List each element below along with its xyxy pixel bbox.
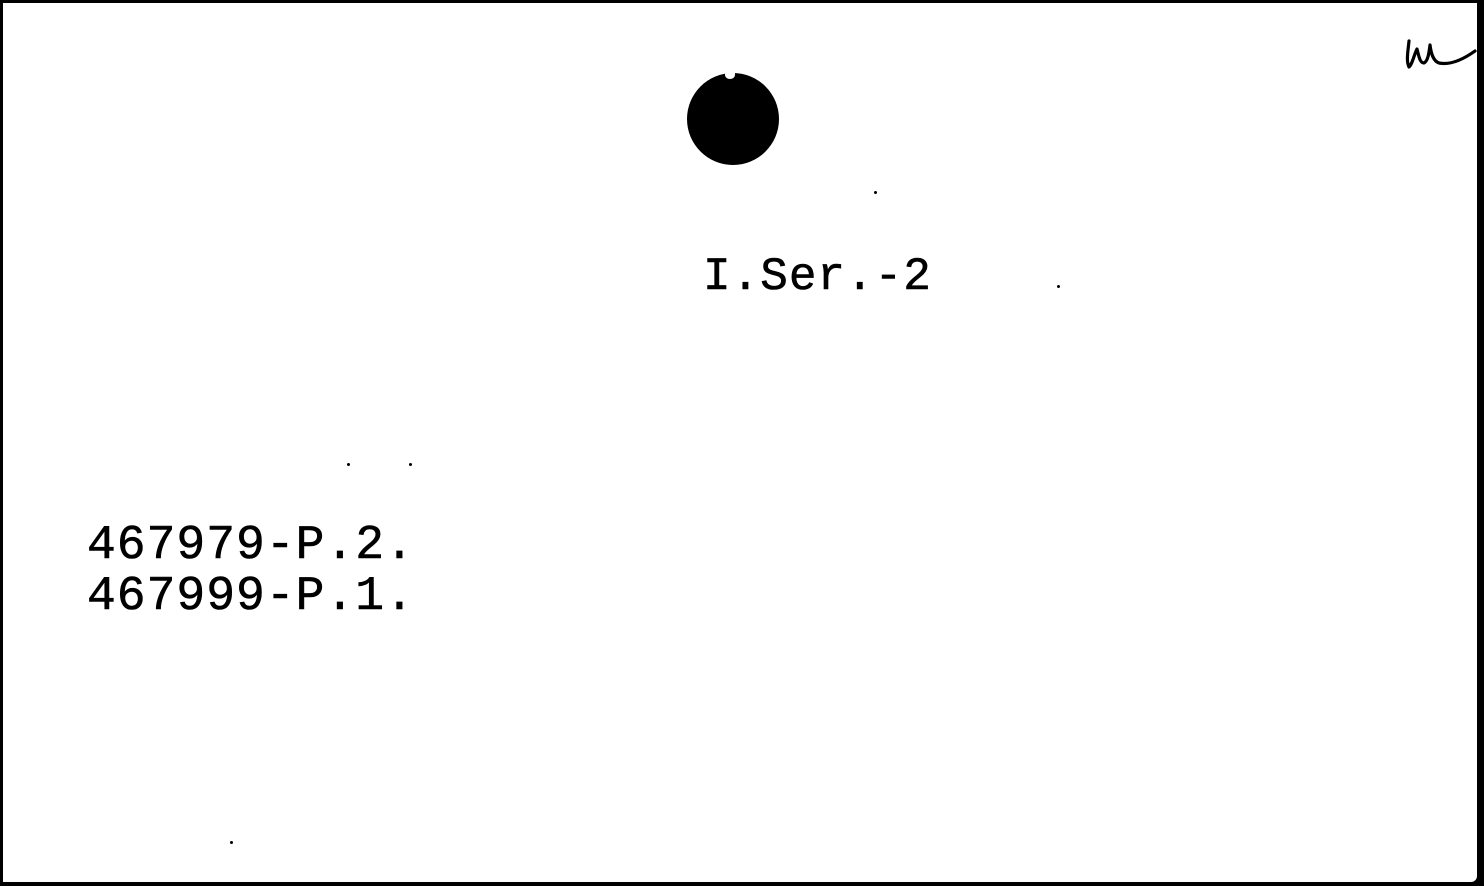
- punch-hole-icon: [687, 73, 779, 165]
- accession-number: 467999-P.1.: [87, 572, 415, 623]
- ink-speck: [1057, 285, 1060, 288]
- punch-hole-notch: [725, 71, 735, 79]
- catalog-card: m I.Ser.-2 467979-P.2. 467999-P.1.: [3, 3, 1477, 882]
- ink-speck: [874, 191, 877, 194]
- accession-list: 467979-P.2. 467999-P.1.: [87, 521, 415, 623]
- ink-speck: [230, 841, 233, 844]
- handwritten-initial-icon: m: [1403, 31, 1479, 75]
- series-label: I.Ser.-2: [703, 249, 932, 305]
- accession-number: 467979-P.2.: [87, 521, 415, 572]
- ink-speck: [409, 463, 412, 466]
- ink-speck: [347, 463, 350, 466]
